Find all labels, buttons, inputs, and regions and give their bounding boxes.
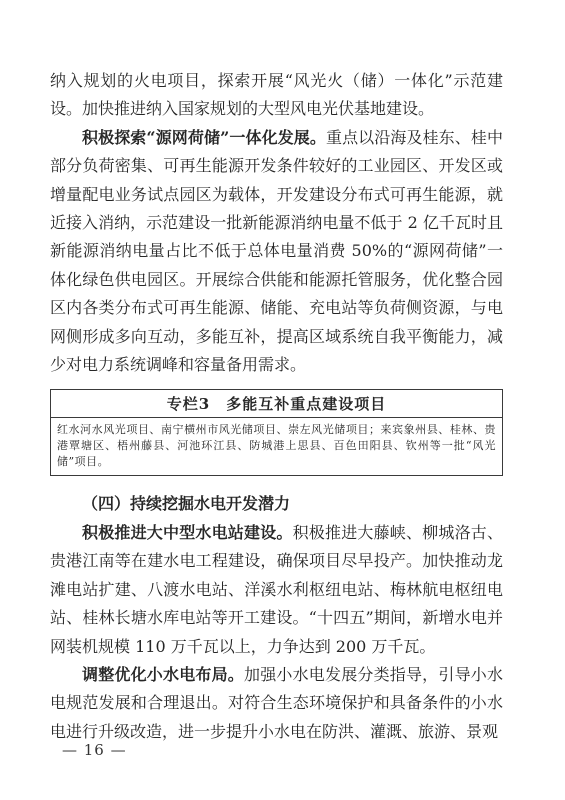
page-number: — 16 —	[62, 741, 127, 759]
callout-box-title: 专栏3 多能互补重点建设项目	[51, 390, 502, 418]
callout-box-body: 红水河水风光项目、南宁横州市风光储项目、崇左风光储项目；来宾象州县、桂林、贵港覃…	[51, 418, 502, 475]
section-heading-hydropower: （四）持续挖掘水电开发潜力	[50, 490, 503, 518]
document-body: 纳入规划的火电项目，探索开展“风光火（储）一体化”示范建设。加快推进纳入国家规划…	[50, 67, 503, 746]
callout-box-column3: 专栏3 多能互补重点建设项目 红水河水风光项目、南宁横州市风光储项目、崇左风光储…	[50, 389, 503, 476]
paragraph-continuation-text: 纳入规划的火电项目，探索开展“风光火（储）一体化”示范建设。加快推进纳入国家规划…	[50, 71, 503, 118]
paragraph-bold-lead: 积极探索“源网荷储”一体化发展。	[82, 128, 326, 147]
page-footer: — 16 —	[62, 741, 127, 759]
paragraph-continuation: 纳入规划的火电项目，探索开展“风光火（储）一体化”示范建设。加快推进纳入国家规划…	[50, 67, 503, 124]
paragraph-hydropower-stations: 积极推进大中型水电站建设。积极推进大藤峡、柳城洛古、贵港江南等在建水电工程建设，…	[50, 519, 503, 661]
paragraph-small-hydropower: 调整优化小水电布局。加强小水电发展分类指导，引导小水电规范发展和合理退出。对符合…	[50, 661, 503, 746]
paragraph-body-text: 积极推进大藤峡、柳城洛古、贵港江南等在建水电工程建设，确保项目尽早投产。加快推动…	[50, 523, 503, 656]
document-page: 纳入规划的火电项目，探索开展“风光火（储）一体化”示范建设。加快推进纳入国家规划…	[0, 0, 565, 800]
paragraph-bold-lead: 调整优化小水电布局。	[82, 665, 244, 684]
paragraph-body-text: 重点以沿海及桂东、桂中部分负荷密集、可再生能源开发条件较好的工业园区、开发区或增…	[50, 128, 503, 374]
paragraph-source-grid-load-storage: 积极探索“源网荷储”一体化发展。重点以沿海及桂东、桂中部分负荷密集、可再生能源开…	[50, 124, 503, 380]
paragraph-bold-lead: 积极推进大中型水电站建设。	[82, 523, 293, 542]
